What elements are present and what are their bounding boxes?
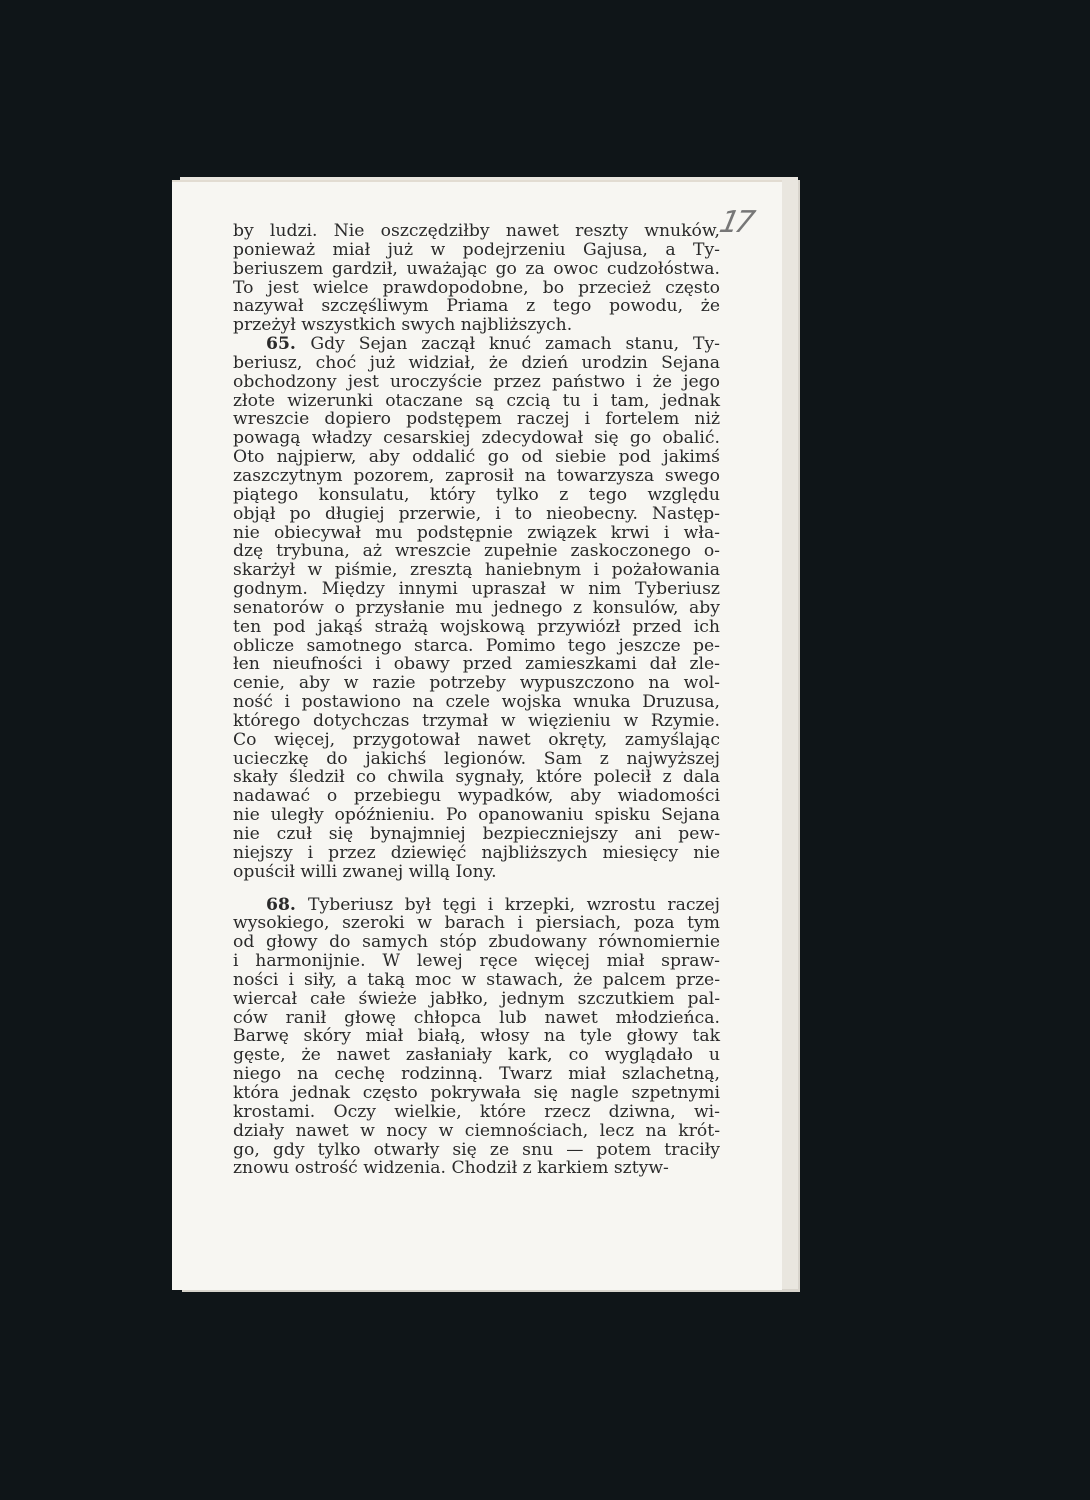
- section-number: 68.: [266, 895, 308, 915]
- text-line: godnym. Między innymi upraszał w nim Tyb…: [233, 580, 720, 599]
- text-line: beriuszem gardził, uważając go za owoc c…: [233, 260, 720, 279]
- text-line: 65. Gdy Sejan zaczął knuć zamach stanu, …: [233, 335, 720, 354]
- text-line: działy nawet w nocy w ciemnościach, lecz…: [233, 1122, 720, 1141]
- text-line: objął po długiej przerwie, i to nieobecn…: [233, 505, 720, 524]
- text-line: złote wizerunki otaczane są czcią tu i t…: [233, 392, 720, 411]
- section-number: 65.: [266, 334, 310, 354]
- text-line: by ludzi. Nie oszczędziłby nawet reszty …: [233, 222, 720, 241]
- text-line: To jest wielce prawdopodobne, bo przecie…: [233, 279, 720, 298]
- text-line: dzę trybuna, aż wreszcie zupełnie zaskoc…: [233, 542, 720, 561]
- text-line: i harmonijnie. W lewej ręce więcej miał …: [233, 952, 720, 971]
- text-line: gęste, że nawet zasłaniały kark, co wygl…: [233, 1046, 720, 1065]
- text-line: którego dotychczas trzymał w więzieniu w…: [233, 712, 720, 731]
- text-line: wreszcie dopiero podstępem raczej i fort…: [233, 410, 720, 429]
- text-line: ucieczkę do jakichś legionów. Sam z najw…: [233, 750, 720, 769]
- text-line: piątego konsulatu, który tylko z tego wz…: [233, 486, 720, 505]
- text-line: niejszy i przez dziewięć najbliższych mi…: [233, 844, 720, 863]
- text-line: cenie, aby w razie potrzeby wypuszczono …: [233, 674, 720, 693]
- text-line: Oto najpierw, aby oddalić go od siebie p…: [233, 448, 720, 467]
- text-line: zaszczytnym pozorem, zaprosił na towarzy…: [233, 467, 720, 486]
- text-line: Barwę skóry miał białą, włosy na tyle gł…: [233, 1027, 720, 1046]
- text-line: nadawać o przebiegu wypadków, aby wiadom…: [233, 787, 720, 806]
- text-line: powagą władzy cesarskiej zdecydował się …: [233, 429, 720, 448]
- text-line: nie obiecywał mu podstępnie związek krwi…: [233, 524, 720, 543]
- text-line: znowu ostrość widzenia. Chodził z karkie…: [233, 1159, 720, 1178]
- text-line: wysokiego, szeroki w barach i piersiach,…: [233, 914, 720, 933]
- text-line: ponieważ miał już w podejrzeniu Gajusa, …: [233, 241, 720, 260]
- text-line: nie uległy opóźnieniu. Po opanowaniu spi…: [233, 806, 720, 825]
- text-line: wiercał całe świeże jabłko, jednym szczu…: [233, 990, 720, 1009]
- text-line: go, gdy tylko otwarły się ze snu — potem…: [233, 1141, 720, 1160]
- text-line: ności i siły, a taką moc w stawach, że p…: [233, 971, 720, 990]
- text-line: ten pod jakąś strażą wojskową przywiózł …: [233, 618, 720, 637]
- text-line: 68. Tyberiusz był tęgi i krzepki, wzrost…: [233, 896, 720, 915]
- text-line: Co więcej, przygotował nawet okręty, zam…: [233, 731, 720, 750]
- text-line: krostami. Oczy wielkie, które rzecz dziw…: [233, 1103, 720, 1122]
- text-line: przeżył wszystkich swych najbliższych.: [233, 316, 720, 335]
- text-line: ców ranił głowę chłopca lub nawet młodzi…: [233, 1009, 720, 1028]
- paragraph: by ludzi. Nie oszczędziłby nawet reszty …: [233, 222, 720, 335]
- text-line: niego na cechę rodzinną. Twarz miał szla…: [233, 1065, 720, 1084]
- text-line: senatorów o przysłanie mu jednego z kons…: [233, 599, 720, 618]
- text-line: skarżył w piśmie, zresztą haniebnym i po…: [233, 561, 720, 580]
- text-line: oblicze samotnego starca. Pomimo tego je…: [233, 637, 720, 656]
- body-text: by ludzi. Nie oszczędziłby nawet reszty …: [233, 222, 720, 1178]
- text-line: obchodzony jest uroczyście przez państwo…: [233, 373, 720, 392]
- text-line: od głowy do samych stóp zbudowany równom…: [233, 933, 720, 952]
- paragraph-gap: [233, 882, 720, 896]
- text-line: ność i postawiono na czele wojska wnuka …: [233, 693, 720, 712]
- text-line: nie czuł się bynajmniej bezpieczniejszy …: [233, 825, 720, 844]
- paragraph: 68. Tyberiusz był tęgi i krzepki, wzrost…: [233, 896, 720, 1179]
- text-line: która jednak często pokrywała się nagle …: [233, 1084, 720, 1103]
- text-line: beriusz, choć już widział, że dzień urod…: [233, 354, 720, 373]
- paragraph: 65. Gdy Sejan zaczął knuć zamach stanu, …: [233, 335, 720, 881]
- text-line: skały śledził co chwila sygnały, które p…: [233, 768, 720, 787]
- text-line: nazywał szczęśliwym Priama z tego powodu…: [233, 297, 720, 316]
- text-line: opuścił willi zwanej willą Iony.: [233, 863, 720, 882]
- text-line: łen nieufności i obawy przed zamieszkami…: [233, 655, 720, 674]
